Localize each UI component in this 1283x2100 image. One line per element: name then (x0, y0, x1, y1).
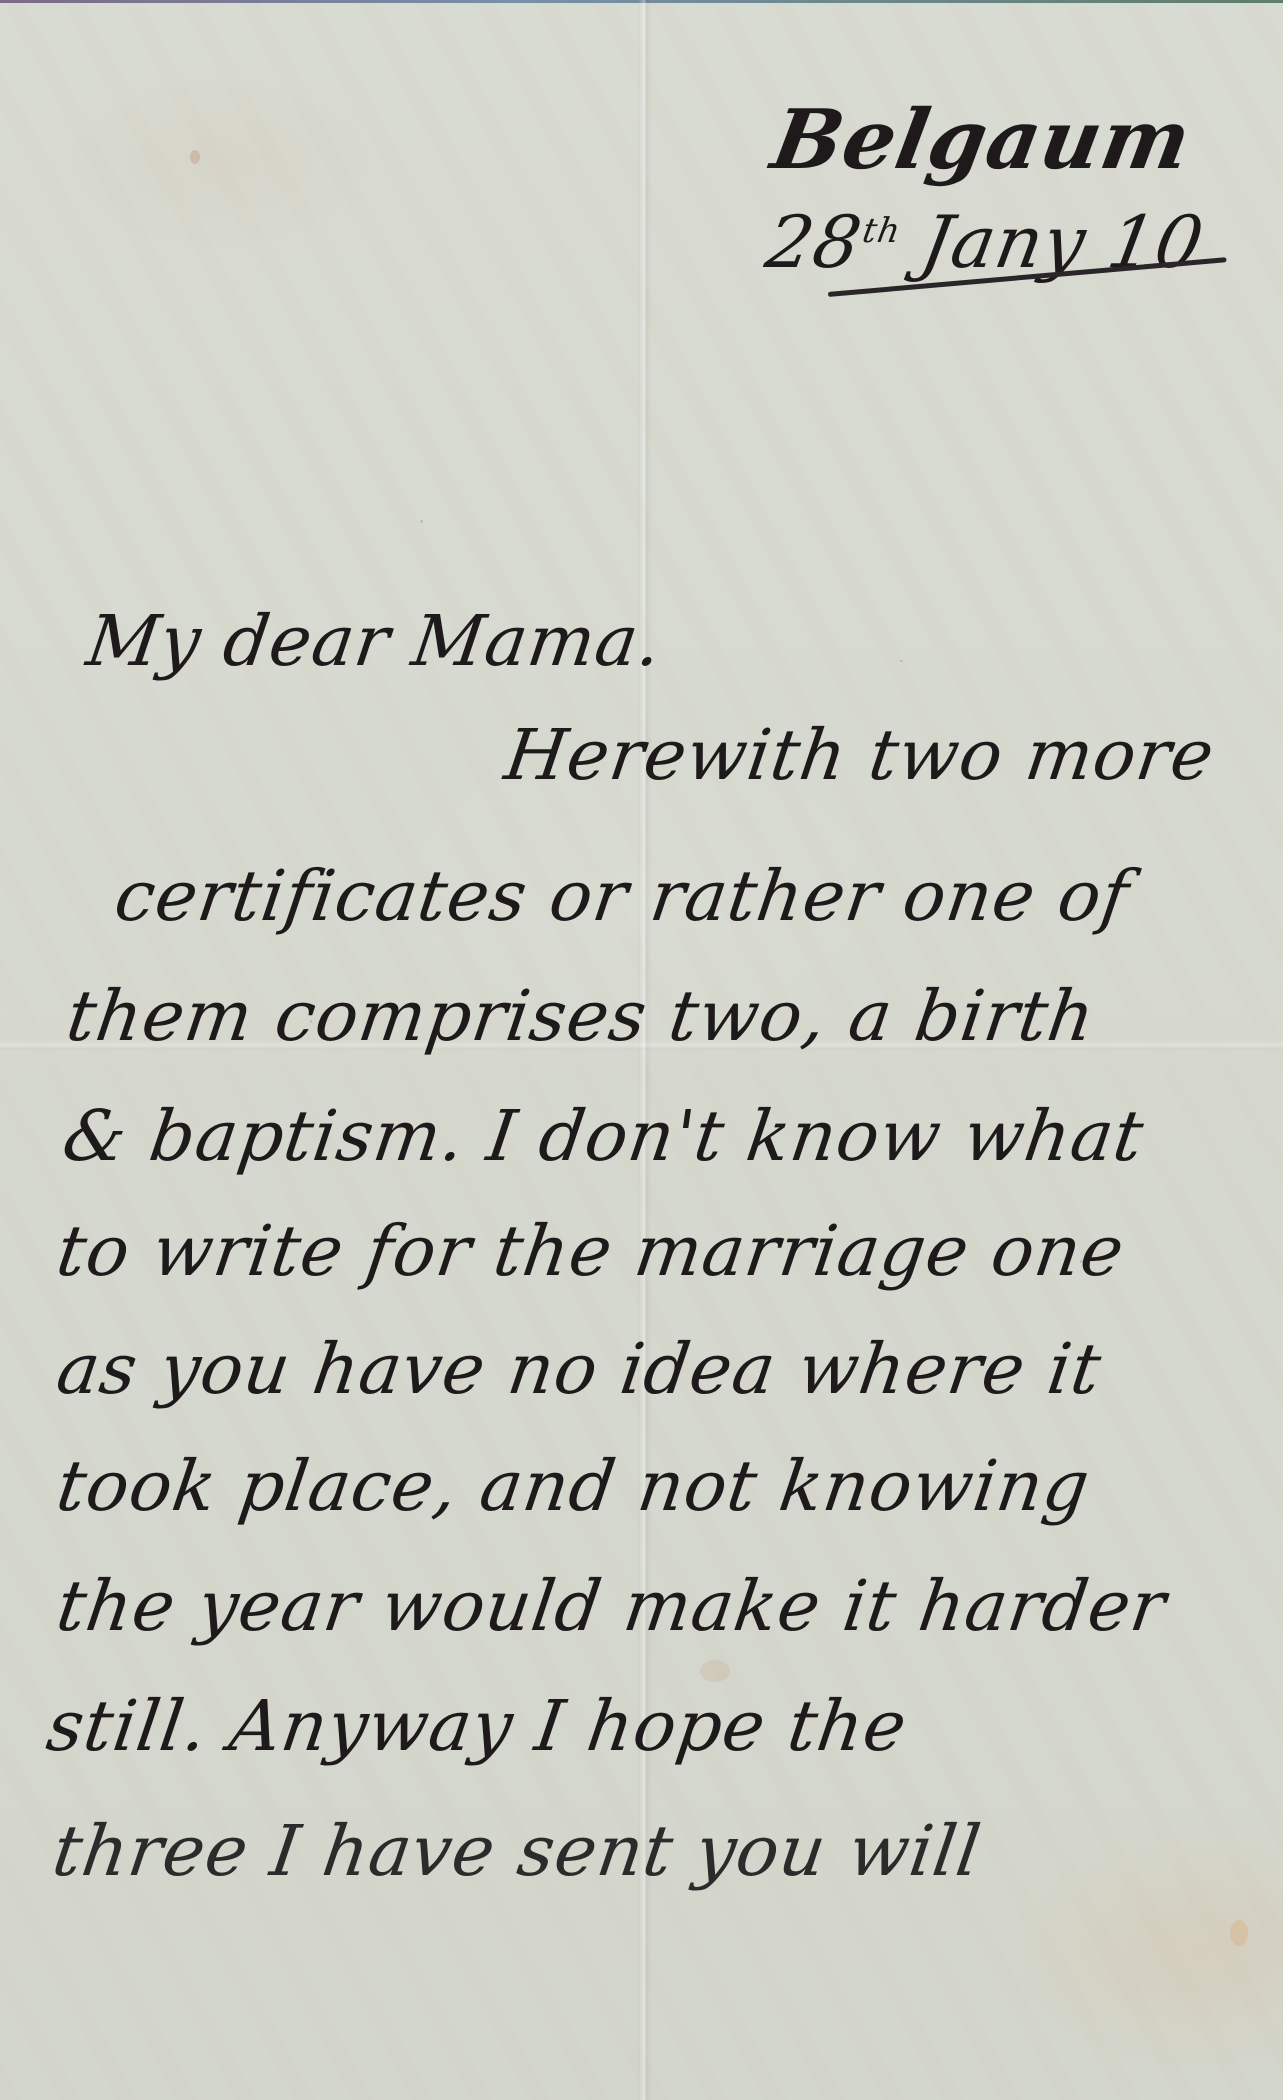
letter-place: Belgaum (765, 92, 1198, 188)
salutation: My dear Mama. (82, 600, 667, 682)
letter-date: 28th Jany 10 (760, 200, 1210, 284)
letter-line: still. Anyway I hope the (42, 1685, 912, 1767)
paper-stain (1230, 1920, 1248, 1946)
letter-line: the year would make it harder (52, 1565, 1171, 1647)
paper-stain (700, 1660, 730, 1682)
letter-line: three I have sent you will (48, 1810, 986, 1892)
letter-page: Belgaum 28th Jany 10 My dear Mama. Herew… (0, 0, 1283, 2100)
paper-stain (190, 150, 200, 164)
letter-line: to write for the marriage one (52, 1210, 1130, 1292)
letter-line: took place, and not knowing (52, 1445, 1095, 1527)
paper-fleck (900, 660, 903, 662)
letter-line: as you have no idea where it (52, 1328, 1107, 1410)
date-suffix: th (859, 211, 904, 251)
paper-fleck (420, 520, 423, 523)
date-day: 28 (760, 200, 868, 284)
letter-line: them comprises two, a birth (62, 975, 1100, 1057)
letter-line: Herewith two more (500, 714, 1220, 796)
letter-line: certificates or rather one of (110, 855, 1134, 937)
letter-line: & baptism. I don't know what (58, 1095, 1149, 1177)
